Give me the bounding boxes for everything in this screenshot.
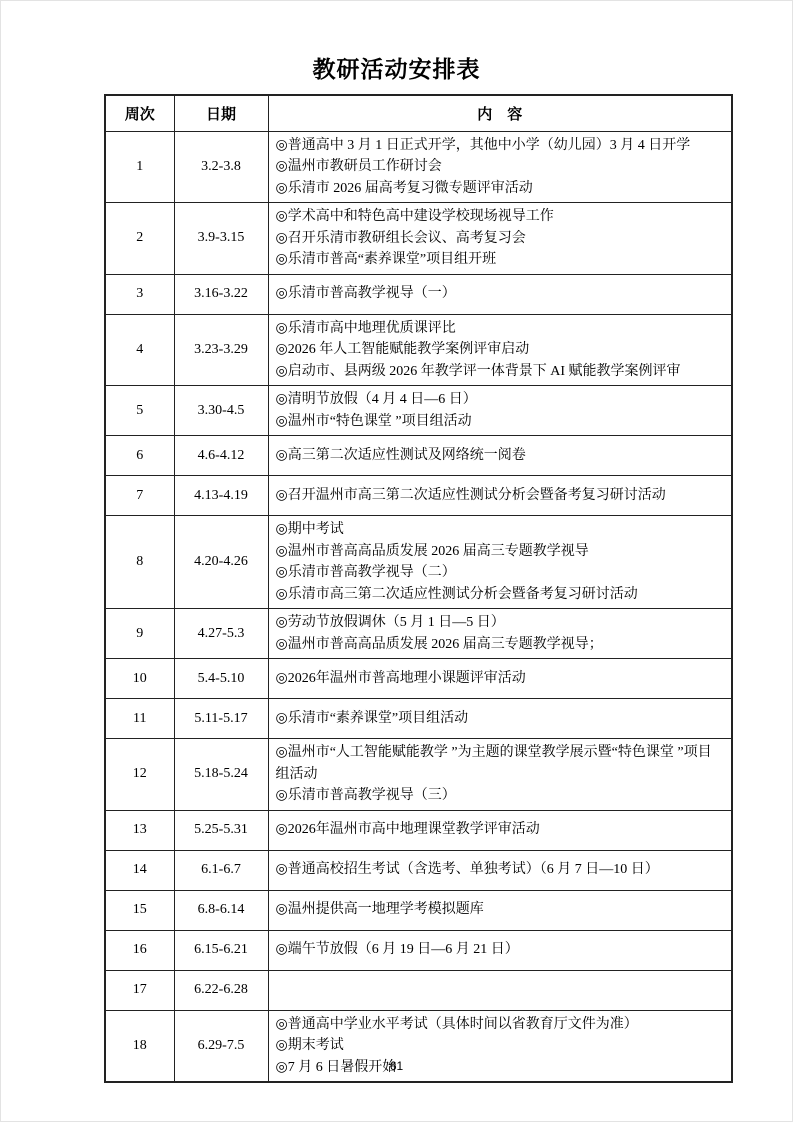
week-cell: 1 (105, 131, 174, 203)
content-cell: ◎乐清市“素养课堂”项目组活动 (268, 699, 732, 739)
content-cell: ◎2026年温州市高中地理课堂教学评审活动 (268, 810, 732, 850)
content-item: ◎普通高校招生考试（含选考、单独考试）（6 月 7 日—10 日） (276, 859, 726, 881)
date-cell: 5.25-5.31 (174, 810, 268, 850)
table-row: 135.25-5.31◎2026年温州市高中地理课堂教学评审活动 (105, 810, 732, 850)
date-cell: 3.9-3.15 (174, 203, 268, 275)
content-item: ◎温州市普高高品质发展 2026 届高三专题教学视导； (276, 634, 726, 656)
week-cell: 4 (105, 314, 174, 386)
content-item: ◎期中考试 (276, 519, 726, 541)
header-row: 周次 日期 内 容 (105, 95, 732, 131)
content-item: ◎期末考试 (276, 1035, 726, 1057)
content-item: ◎高三第二次适应性测试及网络统一阅卷 (276, 445, 726, 467)
content-cell: ◎普通高中 3 月 1 日正式开学，其他中小学（幼儿园）3 月 4 日开学◎温州… (268, 131, 732, 203)
schedule-table: 周次 日期 内 容 13.2-3.8◎普通高中 3 月 1 日正式开学，其他中小… (104, 94, 733, 1083)
content-item: ◎劳动节放假调休（5 月 1 日—5 日） (276, 612, 726, 634)
content-item: ◎乐清市普高教学视导（二） (276, 562, 726, 584)
content-item: ◎2026 年人工智能赋能教学案例评审启动 (276, 339, 726, 361)
week-cell: 17 (105, 970, 174, 1010)
header-week: 周次 (105, 95, 174, 131)
content-cell: ◎普通高校招生考试（含选考、单独考试）（6 月 7 日—10 日） (268, 850, 732, 890)
content-cell: ◎召开温州市高三第二次适应性测试分析会暨备考复习研讨活动 (268, 476, 732, 516)
table-row: 13.2-3.8◎普通高中 3 月 1 日正式开学，其他中小学（幼儿园）3 月 … (105, 131, 732, 203)
table-row: 84.20-4.26◎期中考试◎温州市普高高品质发展 2026 届高三专题教学视… (105, 516, 732, 609)
week-cell: 9 (105, 609, 174, 659)
week-cell: 14 (105, 850, 174, 890)
content-item: ◎启动市、县两级 2026 年教学评一体背景下 AI 赋能教学案例评审 (276, 361, 726, 383)
week-cell: 2 (105, 203, 174, 275)
content-item: ◎乐清市普高教学视导（一） (276, 283, 726, 305)
table-row: 176.22-6.28 (105, 970, 732, 1010)
table-row: 23.9-3.15◎学术高中和特色高中建设学校现场视导工作◎召开乐清市教研组长会… (105, 203, 732, 275)
week-cell: 7 (105, 476, 174, 516)
content-item: ◎温州提供高一地理学考模拟题库 (276, 899, 726, 921)
week-cell: 15 (105, 890, 174, 930)
table-row: 94.27-5.3◎劳动节放假调休（5 月 1 日—5 日）◎温州市普高高品质发… (105, 609, 732, 659)
table-row: 64.6-4.12◎高三第二次适应性测试及网络统一阅卷 (105, 436, 732, 476)
table-row: 43.23-3.29◎乐清市高中地理优质课评比◎2026 年人工智能赋能教学案例… (105, 314, 732, 386)
date-cell: 5.18-5.24 (174, 739, 268, 811)
content-cell: ◎高三第二次适应性测试及网络统一阅卷 (268, 436, 732, 476)
date-cell: 3.16-3.22 (174, 274, 268, 314)
week-cell: 5 (105, 386, 174, 436)
table-row: 74.13-4.19◎召开温州市高三第二次适应性测试分析会暨备考复习研讨活动 (105, 476, 732, 516)
date-cell: 4.20-4.26 (174, 516, 268, 609)
content-cell: ◎清明节放假（4 月 4 日—6 日）◎温州市“特色课堂 ”项目组活动 (268, 386, 732, 436)
week-cell: 8 (105, 516, 174, 609)
content-item: ◎普通高中学业水平考试（具体时间以省教育厅文件为准） (276, 1014, 726, 1036)
week-cell: 16 (105, 930, 174, 970)
table-row: 146.1-6.7◎普通高校招生考试（含选考、单独考试）（6 月 7 日—10 … (105, 850, 732, 890)
table-row: 115.11-5.17◎乐清市“素养课堂”项目组活动 (105, 699, 732, 739)
content-cell: ◎端午节放假（6 月 19 日—6 月 21 日） (268, 930, 732, 970)
content-cell: ◎乐清市普高教学视导（一） (268, 274, 732, 314)
content-cell: ◎劳动节放假调休（5 月 1 日—5 日）◎温州市普高高品质发展 2026 届高… (268, 609, 732, 659)
date-cell: 5.4-5.10 (174, 659, 268, 699)
date-cell: 3.2-3.8 (174, 131, 268, 203)
page-number: 61 (1, 1059, 792, 1073)
content-item: ◎端午节放假（6 月 19 日—6 月 21 日） (276, 939, 726, 961)
table-body: 13.2-3.8◎普通高中 3 月 1 日正式开学，其他中小学（幼儿园）3 月 … (105, 131, 732, 1082)
content-item: ◎温州市教研员工作研讨会 (276, 156, 726, 178)
week-cell: 11 (105, 699, 174, 739)
header-content: 内 容 (268, 95, 732, 131)
date-cell: 6.8-6.14 (174, 890, 268, 930)
content-item: ◎温州市普高高品质发展 2026 届高三专题教学视导 (276, 541, 726, 563)
week-cell: 6 (105, 436, 174, 476)
week-cell: 3 (105, 274, 174, 314)
date-cell: 6.22-6.28 (174, 970, 268, 1010)
table-header: 周次 日期 内 容 (105, 95, 732, 131)
content-item: ◎乐清市高中地理优质课评比 (276, 318, 726, 340)
content-item: ◎乐清市高三第二次适应性测试分析会暨备考复习研讨活动 (276, 584, 726, 606)
content-item: ◎温州市“人工智能赋能教学 ”为主题的课堂教学展示暨“特色课堂 ”项目组活动 (276, 742, 726, 785)
date-cell: 4.13-4.19 (174, 476, 268, 516)
content-cell: ◎2026年温州市普高地理小课题评审活动 (268, 659, 732, 699)
content-item: ◎学术高中和特色高中建设学校现场视导工作 (276, 206, 726, 228)
table-row: 105.4-5.10◎2026年温州市普高地理小课题评审活动 (105, 659, 732, 699)
content-item: ◎乐清市“素养课堂”项目组活动 (276, 708, 726, 730)
date-cell: 6.1-6.7 (174, 850, 268, 890)
date-cell: 4.6-4.12 (174, 436, 268, 476)
content-item: ◎乐清市 2026 届高考复习微专题评审活动 (276, 178, 726, 200)
date-cell: 3.23-3.29 (174, 314, 268, 386)
date-cell: 4.27-5.3 (174, 609, 268, 659)
page-title: 教研活动安排表 (1, 1, 792, 85)
table-row: 125.18-5.24◎温州市“人工智能赋能教学 ”为主题的课堂教学展示暨“特色… (105, 739, 732, 811)
content-item: ◎2026年温州市高中地理课堂教学评审活动 (276, 819, 726, 841)
date-cell: 5.11-5.17 (174, 699, 268, 739)
content-cell: ◎学术高中和特色高中建设学校现场视导工作◎召开乐清市教研组长会议、高考复习会◎乐… (268, 203, 732, 275)
content-cell: ◎期中考试◎温州市普高高品质发展 2026 届高三专题教学视导◎乐清市普高教学视… (268, 516, 732, 609)
content-item: ◎召开温州市高三第二次适应性测试分析会暨备考复习研讨活动 (276, 485, 726, 507)
content-item: ◎乐清市普高“素养课堂”项目组开班 (276, 249, 726, 271)
content-item: ◎温州市“特色课堂 ”项目组活动 (276, 411, 726, 433)
content-item: ◎乐清市普高教学视导（三） (276, 785, 726, 807)
table-row: 166.15-6.21◎端午节放假（6 月 19 日—6 月 21 日） (105, 930, 732, 970)
content-item: ◎2026年温州市普高地理小课题评审活动 (276, 668, 726, 690)
table-row: 33.16-3.22◎乐清市普高教学视导（一） (105, 274, 732, 314)
content-cell: ◎温州市“人工智能赋能教学 ”为主题的课堂教学展示暨“特色课堂 ”项目组活动◎乐… (268, 739, 732, 811)
date-cell: 6.15-6.21 (174, 930, 268, 970)
document-page: 教研活动安排表 周次 日期 内 容 13.2-3.8◎普通高中 3 月 1 日正… (0, 0, 793, 1122)
header-date: 日期 (174, 95, 268, 131)
content-item: ◎普通高中 3 月 1 日正式开学，其他中小学（幼儿园）3 月 4 日开学 (276, 135, 726, 157)
table-row: 156.8-6.14◎温州提供高一地理学考模拟题库 (105, 890, 732, 930)
content-item: ◎召开乐清市教研组长会议、高考复习会 (276, 228, 726, 250)
week-cell: 13 (105, 810, 174, 850)
content-cell: ◎乐清市高中地理优质课评比◎2026 年人工智能赋能教学案例评审启动◎启动市、县… (268, 314, 732, 386)
date-cell: 3.30-4.5 (174, 386, 268, 436)
week-cell: 10 (105, 659, 174, 699)
content-cell (268, 970, 732, 1010)
week-cell: 12 (105, 739, 174, 811)
content-item: ◎清明节放假（4 月 4 日—6 日） (276, 389, 726, 411)
table-row: 53.30-4.5◎清明节放假（4 月 4 日—6 日）◎温州市“特色课堂 ”项… (105, 386, 732, 436)
content-cell: ◎温州提供高一地理学考模拟题库 (268, 890, 732, 930)
